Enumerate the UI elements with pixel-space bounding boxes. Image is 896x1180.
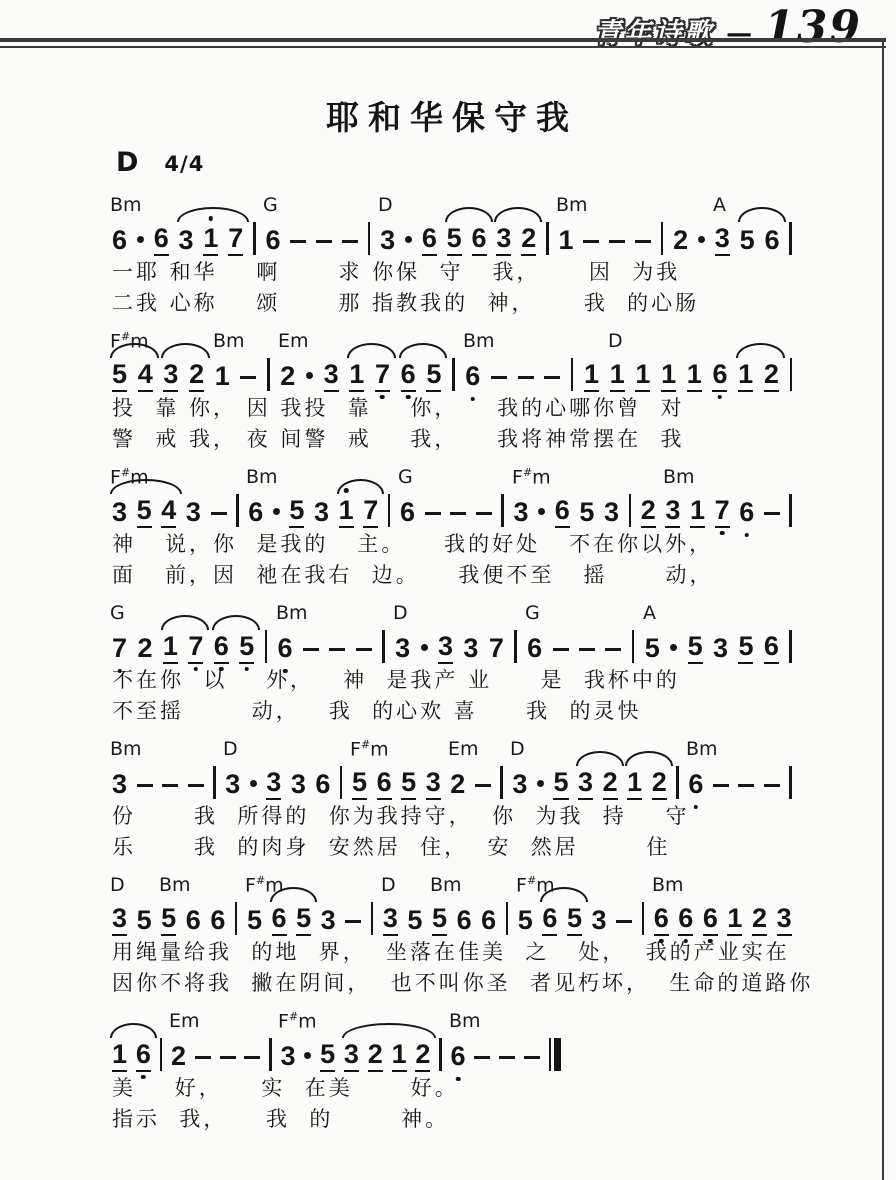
note-number: 6 [688,768,703,800]
chord-label: D [378,194,393,216]
note-number: 6 [654,904,669,936]
note-number: 7 [715,496,730,528]
music-system: EmF#mBm1623532126美 好， 实 在美 好。指示 我， 我 的 神… [112,1012,792,1134]
duration-dash [713,784,729,788]
low-octave-dot [744,533,749,538]
note-number: 3 [512,768,527,800]
chord-label: D [223,738,238,760]
chord-label: Bm [213,330,245,352]
chord-row: BmDF#mEmDBm [112,740,792,762]
note-number: 5 [407,904,422,936]
music-system: GBmDGA72176563337655356不在你 以 外， 神 是我产 业 … [112,604,792,726]
duration-dash [524,1056,540,1060]
note-number: 4 [138,360,153,392]
barline [236,494,239,527]
note-number: 1 [203,224,218,256]
duration-dash [605,648,621,652]
chord-label: F#m [278,1010,317,1032]
note-number: 5 [239,632,254,664]
note-number: 1 [661,360,676,392]
chord-label: Bm [430,874,462,896]
note-number: 3 [463,632,478,664]
duration-dash [244,1056,260,1060]
music-system: F#mBmEmBmD54321231765611111612投 靠 你， 因 我… [112,332,792,454]
note-number: 1 [627,768,642,800]
low-octave-dot [718,395,723,400]
note-number: 4 [161,496,176,528]
note-number: 5 [320,1040,335,1072]
barline [789,222,792,255]
note-number: 3 [179,224,194,256]
dotted-note-dot [537,780,544,787]
time-signature: 4/4 [164,152,204,176]
note-number: 5 [401,768,416,800]
note-number: 3 [344,1040,359,1072]
note-number: 6 [136,1040,151,1072]
chord-label: Bm [110,738,142,760]
low-octave-dot [406,395,411,400]
note-number: 5 [289,496,304,528]
note-number: 2 [137,632,152,664]
duration-dash [345,920,361,924]
note-row: 33336565323532126 [112,762,792,800]
dotted-note-dot [250,780,257,787]
barline [546,222,549,255]
note-number: 5 [112,360,127,392]
note-row: 355665653355665653666123 [112,898,792,936]
dotted-note-dot [698,236,705,243]
note-number: 1 [687,360,702,392]
barline [676,766,679,799]
note-number: 1 [349,360,364,392]
barline [506,902,509,935]
note-number: 6 [765,224,780,256]
note-number: 1 [163,632,178,664]
low-octave-dot [684,939,689,944]
lyrics-line: 因你不将我 撇在阴间， 也不叫你圣 者见朽坏， 生命的道路你 [112,969,792,998]
lyrics-line: 美 好， 实 在美 好。 [112,1074,792,1103]
duration-dash [316,240,332,244]
note-number: 3 [225,768,240,800]
chord-label: Bm [652,874,684,896]
note-number: 6 [465,360,480,392]
note-number: 6 [278,632,293,664]
note-number: 3 [380,224,395,256]
note-number: 5 [247,904,262,936]
chord-row: F#mBmGF#mBm [112,468,792,490]
note-number: 6 [712,360,727,392]
note-number: 1 [727,904,742,936]
note-number: 3 [321,904,336,936]
note-number: 6 [481,904,496,936]
low-octave-dot [720,531,725,536]
note-number: 7 [375,360,390,392]
low-octave-dot [456,1077,461,1082]
note-number: 3 [186,496,201,528]
barline [642,902,645,935]
note-number: 6 [272,904,287,936]
duration-dash [764,512,780,516]
note-number: 3 [514,496,529,528]
duration-dash [303,648,319,652]
note-number: 7 [228,224,243,256]
note-number: 2 [189,360,204,392]
low-octave-dot [694,805,699,810]
barline [632,630,635,663]
duration-dash [553,648,569,652]
music-system: BmDF#mEmDBm33336565323532126份 我 所得的 你为我持… [112,740,792,862]
barline [371,902,374,935]
sheet-music-page: 青年诗歌 — 139 耶和华保守我 D 4/4 BmGDBmA663176365… [0,0,896,1180]
lyrics-line: 一耶 和华 啊 求 你保 守 我， 因 为我 [112,258,792,287]
chord-label: Bm [276,602,308,624]
duration-dash [290,240,306,244]
note-number: 1 [339,496,354,528]
duration-dash [342,240,358,244]
note-number: 3 [578,768,593,800]
note-number: 3 [112,496,127,528]
note-row: 54321231765611111612 [112,354,792,392]
note-number: 1 [558,224,573,256]
barline [235,902,238,935]
dotted-note-dot [306,372,313,379]
note-number: 3 [383,904,398,936]
barline [213,766,216,799]
note-number: 6 [555,496,570,528]
note-number: 3 [395,632,410,664]
duration-dash [583,240,599,244]
header-rule [0,38,886,48]
note-row: 66317636563212356 [112,218,792,256]
note-number: 3 [777,904,792,936]
duration-dash [211,512,227,516]
low-octave-dot [380,395,385,400]
chord-label: Bm [449,1010,481,1032]
note-number: 5 [426,360,441,392]
dotted-note-dot [405,236,412,243]
note-number: 5 [567,904,582,936]
chord-row: EmF#mBm [112,1012,792,1034]
duration-dash [609,240,625,244]
note-number: 3 [438,632,453,664]
note-number: 6 [451,1040,466,1072]
note-number: 1 [610,360,625,392]
note-number: 5 [432,904,447,936]
chord-label: Bm [159,874,191,896]
music-system: F#mBmGF#mBm3543653176365323176神 说，你 是我的 … [112,468,792,590]
lyrics-line: 指示 我， 我 的 神。 [112,1105,792,1134]
chord-label: Bm [463,330,495,352]
note-number: 3 [713,632,728,664]
barline [340,766,343,799]
note-number: 3 [496,224,511,256]
lyrics-line: 神 说，你 是我的 主。 我的好处 不在你以外， [112,530,792,559]
note-number: 5 [688,632,703,664]
dotted-note-dot [670,644,677,651]
chord-label: Em [278,330,309,352]
chord-label: Bm [556,194,588,216]
chord-label: Bm [686,738,718,760]
barline [789,494,792,527]
note-number: 1 [635,360,650,392]
duration-dash [240,376,256,380]
note-number: 3 [266,768,281,800]
note-number: 5 [137,904,152,936]
low-octave-dot [219,667,224,672]
low-octave-dot [141,1075,146,1080]
note-number: 6 [315,768,330,800]
low-octave-dot [244,667,249,672]
note-number: 6 [472,224,487,256]
note-row: 72176563337655356 [112,626,792,664]
note-number: 6 [422,224,437,256]
note-number: 5 [447,224,462,256]
dotted-note-dot [304,1052,311,1059]
barline [789,766,792,799]
barline [514,630,517,663]
note-number: 3 [324,360,339,392]
note-number: 6 [457,904,472,936]
note-number: 2 [280,360,295,392]
music-system: BmGDBmA66317636563212356一耶 和华 啊 求 你保 守 我… [112,196,792,318]
note-number: 7 [363,496,378,528]
duration-dash [475,784,491,788]
chord-label: D [110,874,125,896]
chord-label: F#m [350,738,389,760]
chord-row: DBmF#mDBmF#mBm [112,876,792,898]
note-number: 6 [739,496,754,528]
note-number: 5 [579,496,594,528]
note-number: 5 [296,904,311,936]
note-number: 2 [171,1040,186,1072]
note-number: 3 [592,904,607,936]
note-row: 1623532126 [112,1034,561,1072]
chord-label: D [510,738,525,760]
note-number: 3 [314,496,329,528]
barline [501,494,504,527]
duration-dash [544,376,560,380]
key-signature: D [116,147,138,178]
chord-label: Bm [246,466,278,488]
dotted-note-dot [421,644,428,651]
note-number: 6 [542,904,557,936]
duration-dash [137,784,153,788]
note-number: 2 [368,1040,383,1072]
duration-dash [220,1056,236,1060]
chord-label: Em [448,738,479,760]
barline [790,358,793,391]
music-systems: BmGDBmA66317636563212356一耶 和华 啊 求 你保 守 我… [0,178,896,1134]
low-octave-dot [659,939,664,944]
low-octave-dot [708,939,713,944]
note-number: 6 [248,496,263,528]
duration-dash [188,784,204,788]
note-number: 2 [521,224,536,256]
note-number: 3 [112,768,127,800]
note-number: 6 [112,224,127,256]
duration-dash [474,1056,490,1060]
low-octave-dot [194,667,199,672]
note-number: 2 [641,496,656,528]
duration-dash [499,1056,515,1060]
note-number: 5 [161,904,176,936]
barline [265,630,268,663]
note-number: 6 [186,904,201,936]
note-number: 6 [400,496,415,528]
note-number: 6 [214,632,229,664]
note-number: 1 [112,1040,127,1072]
note-number: 2 [603,768,618,800]
duration-dash [356,648,372,652]
note-number: 6 [154,224,169,256]
duration-dash [491,376,507,380]
duration-dash [579,648,595,652]
duration-dash [738,784,754,788]
note-number: 5 [137,496,152,528]
barline [267,358,270,391]
lyrics-line: 二我 心称 颂 那 指教我的 神， 我 的心肠 [112,289,792,318]
dotted-note-dot [538,508,545,515]
note-number: 2 [652,768,667,800]
note-number: 3 [163,360,178,392]
barline [439,1038,442,1071]
lyrics-line: 警 戒 我， 夜 间警 戒 我， 我将神常摆在 我 [112,425,792,454]
note-number: 1 [392,1040,407,1072]
barline [269,1038,272,1071]
duration-dash [764,784,780,788]
duration-dash [425,512,441,516]
lyrics-line: 用绳量给我 的地 界， 坐落在佳美 之 处， 我的产业实在 [112,938,792,967]
chord-label: A [643,602,656,624]
lyrics-line: 不至摇 动， 我 的心欢 喜 我 的灵快 [112,697,792,726]
note-number: 3 [715,224,730,256]
dotted-note-dot [273,508,280,515]
note-number: 1 [738,360,753,392]
barline [500,766,503,799]
chord-label: Bm [110,194,142,216]
duration-dash [518,376,534,380]
note-number: 6 [527,632,542,664]
barline [789,630,792,663]
chord-label: G [263,194,278,216]
note-number: 1 [690,496,705,528]
note-number: 3 [291,768,306,800]
note-number: 2 [752,904,767,936]
note-number: 5 [645,632,660,664]
note-number: 7 [489,632,504,664]
note-number: 1 [215,360,230,392]
note-number: 5 [553,768,568,800]
chord-label: G [398,466,413,488]
song-title: 耶和华保守我 [112,92,792,139]
note-number: 3 [604,496,619,528]
duration-dash [329,648,345,652]
duration-dash [450,512,466,516]
note-number: 3 [112,904,127,936]
duration-dash [616,920,632,924]
lyrics-line: 乐 我 的肉身 安然居 住， 安 然居 住 [112,833,792,862]
note-row: 3543653176365323176 [112,490,792,528]
music-system: DBmF#mDBmF#mBm355665653355665653666123用绳… [112,876,792,998]
barline [253,222,256,255]
note-number: 2 [450,768,465,800]
chord-label: A [713,194,726,216]
barline [382,630,385,663]
duration-dash [195,1056,211,1060]
note-number: 6 [703,904,718,936]
barline [629,494,632,527]
note-number: 6 [377,768,392,800]
lyrics-line: 不在你 以 外， 神 是我产 业 是 我杯中的 [112,666,792,695]
chord-label: Bm [663,466,695,488]
note-number: 3 [426,768,441,800]
note-number: 5 [738,632,753,664]
low-octave-dot [283,669,288,674]
chord-label: D [608,330,623,352]
low-octave-dot [117,669,122,674]
low-octave-dot [470,397,475,402]
note-number: 1 [584,360,599,392]
duration-dash [162,784,178,788]
note-number: 5 [740,224,755,256]
note-number: 2 [764,360,779,392]
note-number: 6 [210,904,225,936]
lyrics-line: 投 靠 你， 因 我投 靠 你， 我的心哪你曾 对 [112,394,792,423]
right-margin-rule [882,40,884,1180]
barline [571,358,574,391]
chord-label: G [525,602,540,624]
chord-label: D [381,874,396,896]
key-time-line: D 4/4 [116,147,896,178]
lyrics-line: 份 我 所得的 你为我持守， 你 为我 持 守 [112,802,792,831]
barline [368,222,371,255]
lyrics-line: 面 前，因 祂在我右 边。 我便不至 摇 动， [112,561,792,590]
barline [160,1038,163,1071]
note-number: 3 [665,496,680,528]
note-number: 2 [673,224,688,256]
chord-label: F#m [512,466,551,488]
note-number: 6 [265,224,280,256]
note-number: 3 [280,1040,295,1072]
duration-dash [635,240,651,244]
duration-dash [476,512,492,516]
note-number: 5 [518,904,533,936]
note-number: 6 [401,360,416,392]
final-barline [549,1038,561,1071]
chord-label: D [393,602,408,624]
note-number: 2 [415,1040,430,1072]
barline [388,494,391,527]
note-number: 5 [352,768,367,800]
dotted-note-dot [137,236,144,243]
note-number: 7 [188,632,203,664]
note-number: 6 [764,632,779,664]
note-number: 6 [678,904,693,936]
note-number: 7 [112,632,127,664]
chord-label: Em [169,1010,200,1032]
chord-row: F#mBmEmBmD [112,332,792,354]
barline [452,358,455,391]
chord-label: G [110,602,125,624]
barline [661,222,664,255]
